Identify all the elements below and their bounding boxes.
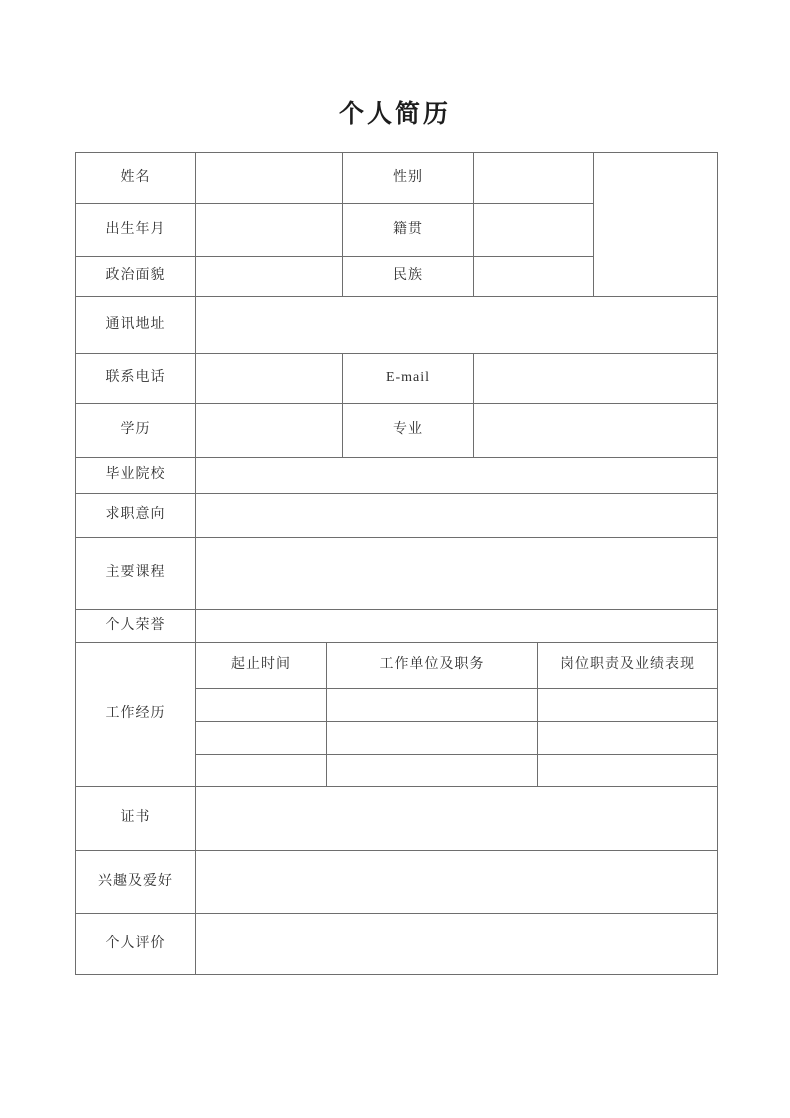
hobbies-value-cell[interactable]	[196, 851, 718, 914]
table-row: 兴趣及爱好	[76, 851, 718, 914]
table-row: 联系电话 E-mail	[76, 354, 718, 404]
phone-label: 联系电话	[76, 354, 196, 404]
native-place-label: 籍贯	[343, 204, 474, 257]
political-status-label: 政治面貌	[76, 257, 196, 297]
name-value-cell[interactable]	[196, 153, 343, 204]
table-row: 主要课程	[76, 538, 718, 610]
work-column-duties: 岗位职责及业绩表现	[538, 643, 718, 689]
table-row: 证书	[76, 787, 718, 851]
photo-cell[interactable]	[594, 153, 718, 297]
table-row: 学历 专业	[76, 404, 718, 458]
document-page: 个人简历 姓名 性别 出生年月 籍贯	[0, 0, 790, 1118]
hobbies-label: 兴趣及爱好	[76, 851, 196, 914]
certificates-value-cell[interactable]	[196, 787, 718, 851]
gender-value-cell[interactable]	[474, 153, 594, 204]
birth-date-label: 出生年月	[76, 204, 196, 257]
honors-value-cell[interactable]	[196, 610, 718, 643]
address-label: 通讯地址	[76, 297, 196, 354]
work-row-1-employer-cell[interactable]	[327, 689, 538, 722]
school-value-cell[interactable]	[196, 458, 718, 494]
name-label: 姓名	[76, 153, 196, 204]
page-title: 个人简历	[0, 94, 790, 130]
work-column-period: 起止时间	[196, 643, 327, 689]
work-row-2-duties-cell[interactable]	[538, 722, 718, 755]
work-row-1-duties-cell[interactable]	[538, 689, 718, 722]
gender-label: 性别	[343, 153, 474, 204]
email-value-cell[interactable]	[474, 354, 718, 404]
major-label: 专业	[343, 404, 474, 458]
table-row: 姓名 性别	[76, 153, 718, 204]
certificates-label: 证书	[76, 787, 196, 851]
ethnicity-label: 民族	[343, 257, 474, 297]
work-row-3-period-cell[interactable]	[196, 755, 327, 787]
table-row: 个人荣誉	[76, 610, 718, 643]
work-row-3-employer-cell[interactable]	[327, 755, 538, 787]
job-intention-label: 求职意向	[76, 494, 196, 538]
table-row: 通讯地址	[76, 297, 718, 354]
birth-date-value-cell[interactable]	[196, 204, 343, 257]
resume-table: 姓名 性别 出生年月 籍贯 政治面貌 民族 通讯地址	[75, 152, 718, 975]
table-row: 个人评价	[76, 914, 718, 975]
phone-value-cell[interactable]	[196, 354, 343, 404]
school-label: 毕业院校	[76, 458, 196, 494]
main-courses-value-cell[interactable]	[196, 538, 718, 610]
job-intention-value-cell[interactable]	[196, 494, 718, 538]
major-value-cell[interactable]	[474, 404, 718, 458]
self-evaluation-value-cell[interactable]	[196, 914, 718, 975]
native-place-value-cell[interactable]	[474, 204, 594, 257]
main-courses-label: 主要课程	[76, 538, 196, 610]
political-status-value-cell[interactable]	[196, 257, 343, 297]
work-row-2-employer-cell[interactable]	[327, 722, 538, 755]
work-row-2-period-cell[interactable]	[196, 722, 327, 755]
education-value-cell[interactable]	[196, 404, 343, 458]
honors-label: 个人荣誉	[76, 610, 196, 643]
work-row-3-duties-cell[interactable]	[538, 755, 718, 787]
education-label: 学历	[76, 404, 196, 458]
work-row-1-period-cell[interactable]	[196, 689, 327, 722]
address-value-cell[interactable]	[196, 297, 718, 354]
ethnicity-value-cell[interactable]	[474, 257, 594, 297]
work-experience-label: 工作经历	[76, 643, 196, 787]
table-row: 求职意向	[76, 494, 718, 538]
table-row: 毕业院校	[76, 458, 718, 494]
self-evaluation-label: 个人评价	[76, 914, 196, 975]
work-column-employer: 工作单位及职务	[327, 643, 538, 689]
email-label: E-mail	[343, 354, 474, 404]
table-row: 工作经历 起止时间 工作单位及职务 岗位职责及业绩表现	[76, 643, 718, 689]
